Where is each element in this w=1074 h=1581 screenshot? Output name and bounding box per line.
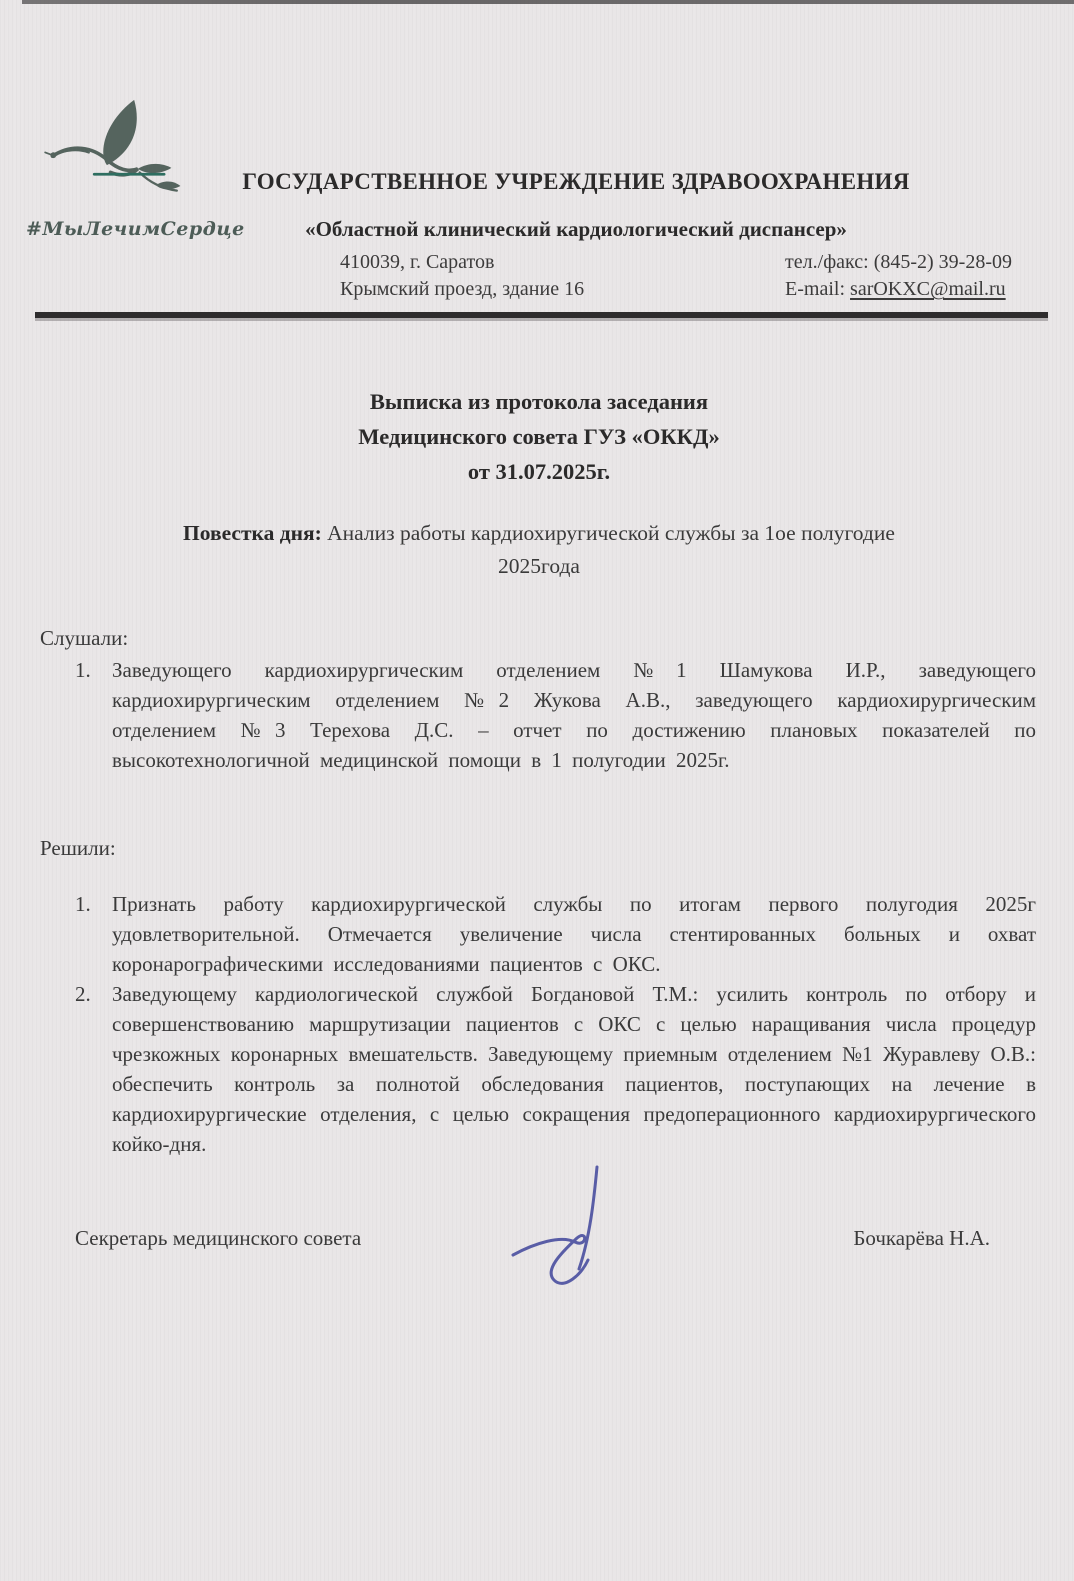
address-line-1: 410039, г. Саратов	[340, 249, 584, 276]
address-column: 410039, г. Саратов Крымский проезд, здан…	[340, 249, 584, 303]
agenda-text-line2: 2025года	[498, 554, 580, 578]
list-item: 1. Заведующего кардиохирургическим отдел…	[75, 655, 1036, 775]
email-link[interactable]: sarOKXC@mail.ru	[850, 278, 1006, 300]
list-item-text: Заведующему кардиологической службой Бог…	[112, 979, 1036, 1159]
phone-email-column: тел./факс: (845-2) 39-28-09 E-mail: sarO…	[785, 249, 1012, 303]
decided-heading: Решили:	[40, 833, 1038, 863]
handwritten-signature-icon	[505, 1163, 655, 1293]
clinic-logo: #МыЛечимСердце	[26, 98, 206, 240]
clinic-name: «Областной клинический кардиологический …	[190, 216, 962, 242]
bird-logo-icon	[37, 98, 195, 216]
contact-block: 410039, г. Саратов Крымский проезд, здан…	[340, 249, 1012, 303]
email-line: E-mail: sarOKXC@mail.ru	[785, 276, 1012, 303]
title-line-1: Выписка из протокола заседания	[40, 384, 1038, 419]
logo-hashtag: #МыЛечимСердце	[26, 218, 206, 240]
scan-artifact-top-edge	[22, 0, 1074, 4]
signature-row: Секретарь медицинского совета Бочкарёва …	[75, 1223, 990, 1253]
heard-list: 1. Заведующего кардиохирургическим отдел…	[0, 655, 1074, 775]
title-line-3: от 31.07.2025г.	[40, 454, 1038, 489]
list-item: 2. Заведующему кардиологической службой …	[75, 979, 1036, 1159]
list-item-number: 2.	[75, 979, 112, 1159]
org-name: ГОСУДАРСТВЕННОЕ УЧРЕЖДЕНИЕ ЗДРАВООХРАНЕН…	[190, 168, 962, 196]
agenda-paragraph: Повестка дня: Анализ работы кардиохируги…	[40, 517, 1038, 583]
agenda-text-line1: Анализ работы кардиохиругической службы …	[327, 521, 895, 545]
signatory-name: Бочкарёва Н.А.	[853, 1223, 990, 1253]
list-item-number: 1.	[75, 655, 112, 775]
heard-heading: Слушали:	[40, 623, 1038, 653]
address-line-2: Крымский проезд, здание 16	[340, 276, 584, 303]
phone-line: тел./факс: (845-2) 39-28-09	[785, 249, 1012, 276]
document-title: Выписка из протокола заседания Медицинск…	[40, 384, 1038, 489]
email-label: E-mail:	[785, 278, 850, 300]
header-divider	[35, 312, 1048, 318]
list-item: 1. Признать работу кардиохирургической с…	[75, 889, 1036, 979]
signatory-role: Секретарь медицинского совета	[75, 1223, 361, 1253]
list-item-text: Заведующего кардиохирургическим отделени…	[112, 655, 1036, 775]
list-item-text: Признать работу кардиохирургической служ…	[112, 889, 1036, 979]
decided-list: 1. Признать работу кардиохирургической с…	[0, 889, 1074, 1159]
title-line-2: Медицинского совета ГУЗ «ОККД»	[40, 419, 1038, 454]
document-page: #МыЛечимСердце ГОСУДАРСТВЕННОЕ УЧРЕЖДЕНИ…	[0, 0, 1074, 1581]
list-item-number: 1.	[75, 889, 112, 979]
agenda-label: Повестка дня:	[183, 521, 322, 545]
